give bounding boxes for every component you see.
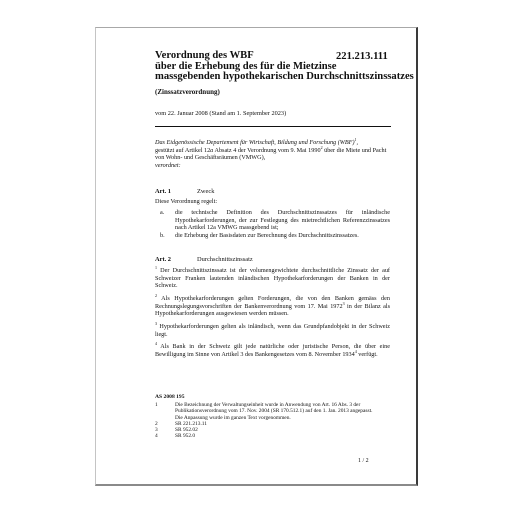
title-line: massgebenden hypothekarischen Durchschni… (155, 72, 414, 83)
footnote: 4SR 952.0 (155, 433, 380, 439)
basis-text: Absatz 4 der Verordnung vom 9. Mai 1990 (213, 147, 320, 154)
art2-para: 1 Der Durchschnittszinssatz ist der volu… (155, 267, 390, 290)
art1-intro: Diese Verordnung regelt: (155, 198, 390, 206)
sr-number: 221.213.111 (336, 51, 388, 62)
document-page: Verordnung des WBF über die Erhebung des… (95, 27, 418, 486)
list-item: a.die technische Definition des Durchsch… (155, 209, 390, 232)
art2-para: 2 Als Hypothekarforderungen gelten Forde… (155, 295, 390, 318)
art1-name: Zweck (197, 188, 214, 195)
art2-para: 4 Als Bank in der Schweiz gilt jede natü… (155, 343, 390, 358)
fn-text: SR 952.0 (175, 433, 380, 439)
art2-para: 3 Hypothekarforderungen gelten als inlän… (155, 323, 390, 338)
art2-label: Art. 2 (155, 256, 171, 263)
punct: , (357, 139, 359, 146)
issuer: Das Eidgenössische Departement für Wirts… (155, 139, 355, 146)
item-text: die technische Definition des Durchschni… (175, 209, 390, 232)
art1-list: a.die technische Definition des Durchsch… (155, 209, 390, 239)
marker: b. (155, 232, 175, 240)
footnotes: 1Die Bezeichnung der Verwaltungseinheit … (155, 402, 380, 440)
date-line: vom 22. Januar 2008 (Stand am 1. Septemb… (155, 110, 286, 117)
fn-num: 1 (155, 402, 175, 421)
basis-text: gestützt auf Artikel 12 (155, 147, 210, 154)
page-number: 1 / 2 (358, 458, 369, 464)
art2-name: Durchschnittszinssatz (197, 256, 253, 263)
as-reference: AS 2008 195 (155, 394, 185, 400)
fn-num: 4 (155, 433, 175, 439)
fn-text: Die Bezeichnung der Verwaltungseinheit w… (175, 402, 380, 421)
para-text: verfügt. (357, 351, 378, 358)
header-rule (155, 126, 391, 127)
short-title: (Zinssatzverordnung) (155, 88, 220, 96)
marker: a. (155, 209, 175, 232)
para-text: Der Durchschnittszinssatz ist der volume… (155, 267, 390, 289)
footnote: 1Die Bezeichnung der Verwaltungseinheit … (155, 402, 380, 421)
para-text: Hypothekarforderungen gelten als inländi… (155, 323, 390, 338)
preamble: Das Eidgenössische Departement für Wirts… (155, 139, 390, 169)
item-text: die Erhebung der Basisdaten zur Berechnu… (175, 232, 390, 240)
verb: verordnet: (155, 162, 390, 170)
list-item: b.die Erhebung der Basisdaten zur Berech… (155, 232, 390, 240)
art1-label: Art. 1 (155, 188, 171, 195)
